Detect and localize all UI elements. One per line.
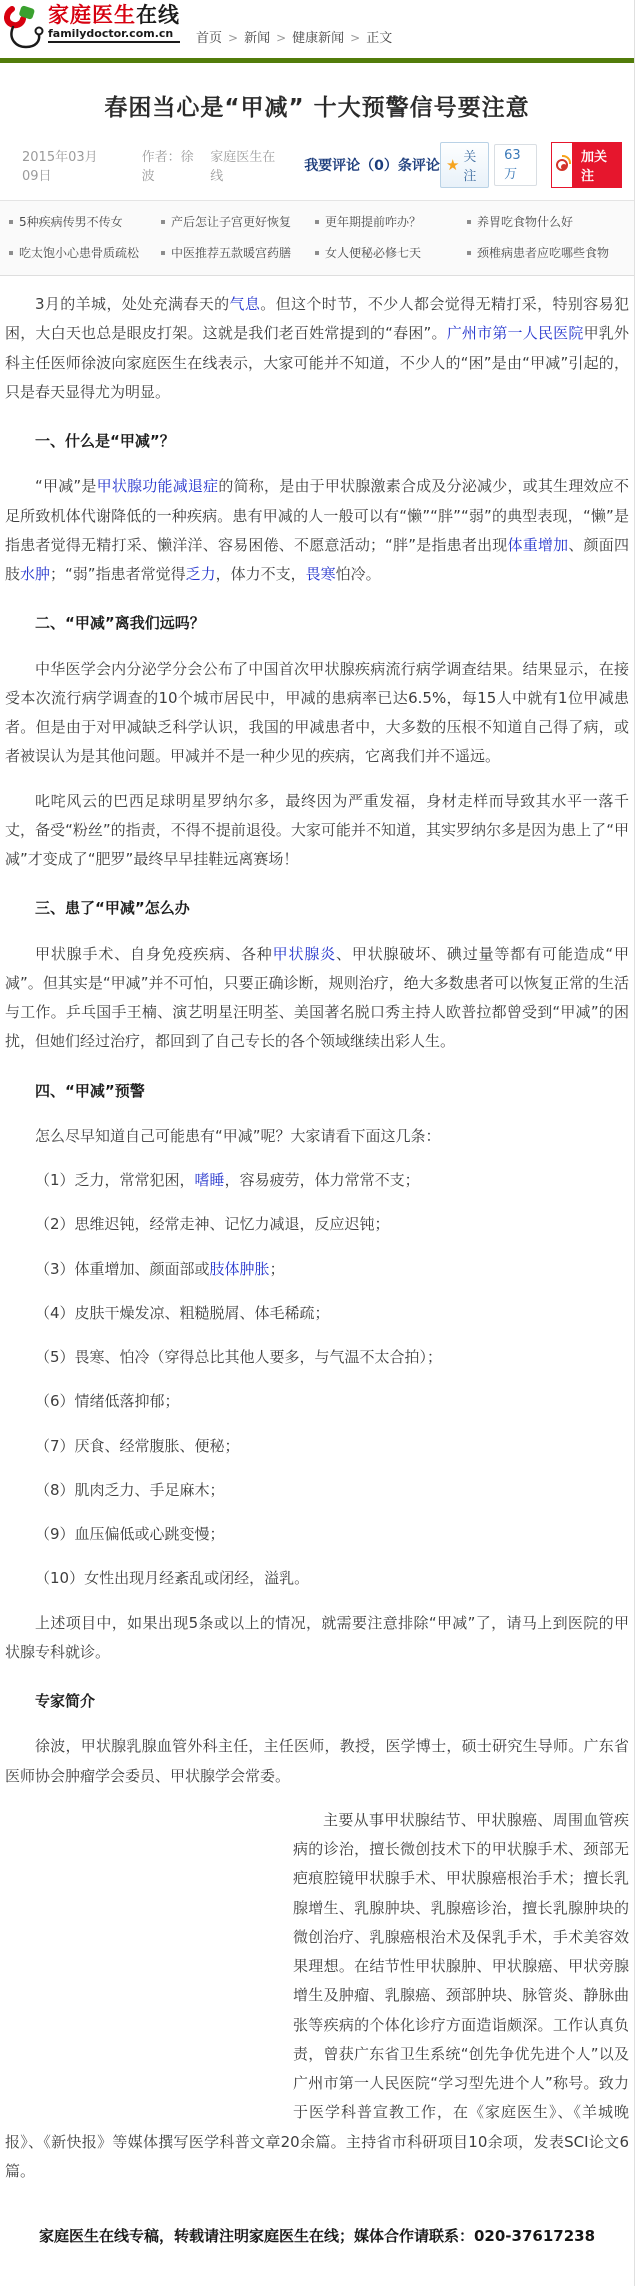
page: 家庭医生在线 familydoctor.com.cn 首页>新闻>健康新闻>正文… [0,0,635,2286]
follower-count-badge[interactable]: 63万 [494,144,537,186]
text-run: ；“弱”指患者常觉得 [50,565,186,583]
text-run: 叱咤风云的巴西足球明星罗纳尔多，最终因为严重发福，身材走样而导致其水平一落千丈，… [5,792,629,869]
bullet-icon [9,251,13,255]
section-heading: 三、患了“甲减”怎么办 [5,894,629,923]
article-body: 3月的羊城，处处充满春天的气息。但这个时节，不少人都会觉得无精打采，特别容易犯困… [0,276,634,2186]
inline-link[interactable]: 嗜睡 [195,1171,225,1189]
breadcrumb-item[interactable]: 正文 [366,31,392,46]
related-link-item[interactable]: 中医推荐五款暖宫药膳 [158,244,310,261]
brand-domain: familydoctor.com.cn [48,28,180,43]
inline-link[interactable]: 乏力 [186,565,216,583]
bullet-icon [161,251,165,255]
related-link-item[interactable]: 5种疾病传男不传女 [6,213,156,230]
related-link-item[interactable]: 吃太饱小心患骨质疏松 [6,244,156,261]
inline-link[interactable]: 肢体肿胀 [210,1260,270,1278]
text-run: 上述项目中，如果出现5条或以上的情况，就需要注意排除“甲减”了，请马上到医院的甲… [5,1614,629,1661]
inline-link[interactable]: 广州市第一人民医院 [447,324,584,342]
weibo-icon [551,142,572,188]
text-run: （3）体重增加、颜面部或 [35,1260,210,1278]
qq-follow-widget: ★ 关注 63万 [440,142,537,188]
bullet-icon [467,220,471,224]
inline-link[interactable]: 水肿 [20,565,50,583]
inline-link[interactable]: 甲状腺功能减退症 [97,477,219,495]
text-run: 3月的羊城，处处充满春天的 [35,295,229,313]
author-label: 作者：徐波 [142,146,199,184]
comment-link[interactable]: 我要评论（0）条评论 [304,155,440,175]
source-label: 家庭医生在线 [210,146,278,184]
inline-link[interactable]: 甲状腺炎 [273,945,336,963]
breadcrumb: 首页>新闻>健康新闻>正文 [196,27,392,51]
article-meta: 2015年03月09日 作者：徐波 家庭医生在线 我要评论（0）条评论 ★ 关注… [0,142,634,200]
text-run: 中华医学会内分泌学分会公布了中国首次甲状腺疾病流行病学调查结果。结果显示，在接受… [5,660,629,766]
paragraph: （4）皮肤干燥发凉、粗糙脱屑、体毛稀疏； [5,1299,629,1328]
text-run: “甲减”是 [35,477,97,495]
star-icon: ★ [446,158,459,173]
related-link-label: 5种疾病传男不传女 [19,213,123,230]
paragraph: 叱咤风云的巴西足球明星罗纳尔多，最终因为严重发福，身材走样而导致其水平一落千丈，… [5,787,629,875]
related-link-label: 颈椎病患者应吃哪些食物 [477,244,609,261]
text-run: （1）乏力，常常犯困， [35,1171,195,1189]
expert-photo-placeholder [5,1806,293,2114]
text-run: （6）情绪低落抑郁； [35,1392,180,1410]
paragraph: （8）肌肉乏力、手足麻木； [5,1476,629,1505]
text-run: 二、“甲减”离我们远吗？ [35,614,205,632]
related-link-label: 吃太饱小心患骨质疏松 [19,244,139,261]
related-link-item[interactable]: 产后怎让子宫更好恢复 [158,213,310,230]
section-heading: 四、“甲减”预警 [5,1077,629,1106]
paragraph: 甲状腺手术、自身免疫疾病、各种甲状腺炎、甲状腺破坏、碘过量等都有可能造成“甲减”… [5,940,629,1057]
text-run: ； [270,1260,285,1278]
bullet-icon [467,251,471,255]
paragraph: （10）女性出现月经紊乱或闭经，溢乳。 [5,1564,629,1593]
publish-date: 2015年03月09日 [22,146,114,184]
related-links-grid: 5种疾病传男不传女产后怎让子宫更好恢复更年期提前咋办？养胃吃食物什么好吃太饱小心… [6,213,628,261]
related-link-item[interactable]: 养胃吃食物什么好 [464,213,628,230]
text-run: （4）皮肤干燥发凉、粗糙脱屑、体毛稀疏； [35,1304,330,1322]
follow-button-label: 关注 [463,146,480,184]
breadcrumb-separator: > [276,31,286,45]
article-footer: 家庭医生在线专稿，转载请注明家庭医生在线；媒体合作请联系：020-3761723… [0,2201,634,2286]
text-run: 一、什么是“甲减”？ [35,432,175,450]
text-run: （10）女性出现月经紊乱或闭经，溢乳。 [35,1569,309,1587]
related-link-item[interactable]: 更年期提前咋办？ [312,213,462,230]
brand: 家庭医生在线 familydoctor.com.cn [48,5,180,43]
bullet-icon [161,220,165,224]
brand-name: 家庭医生 [48,3,136,27]
paragraph: 怎么尽早知道自己可能患有“甲减”呢？大家请看下面这几条： [5,1122,629,1151]
paragraph: （1）乏力，常常犯困，嗜睡，容易疲劳，体力常常不支； [5,1166,629,1195]
follow-button[interactable]: ★ 关注 [440,142,489,188]
text-run: 四、“甲减”预警 [35,1082,145,1100]
text-run: （8）肌肉乏力、手足麻木； [35,1481,225,1499]
related-link-label: 产后怎让子宫更好恢复 [171,213,291,230]
paragraph: “甲减”是甲状腺功能减退症的简称，是由于甲状腺激素合成及分泌减少，或其生理效应不… [5,472,629,589]
stethoscope-icon [4,5,46,51]
breadcrumb-item[interactable]: 健康新闻 [292,31,344,46]
inline-link[interactable]: 畏寒 [306,565,336,583]
brand-name-suffix: 在线 [136,3,180,27]
follow-widgets: ★ 关注 63万 加关注 [440,142,622,188]
text-run: 怎么尽早知道自己可能患有“甲减”呢？大家请看下面这几条： [35,1127,441,1145]
text-run: 徐波，甲状腺乳腺血管外科主任，主任医师，教授，医学博士，硕士研究生导师。广东省医… [5,1737,629,1784]
site-logo[interactable]: 家庭医生在线 familydoctor.com.cn [4,5,180,51]
related-link-item[interactable]: 女人便秘必修七天 [312,244,462,261]
paragraph: （6）情绪低落抑郁； [5,1387,629,1416]
paragraph: 上述项目中，如果出现5条或以上的情况，就需要注意排除“甲减”了，请马上到医院的甲… [5,1609,629,1668]
paragraph: （7）厌食、经常腹胀、便秘； [5,1432,629,1461]
text-run: 专家简介 [35,1692,95,1710]
text-run: 怕冷。 [336,565,381,583]
paragraph: 徐波，甲状腺乳腺血管外科主任，主任医师，教授，医学博士，硕士研究生导师。广东省医… [5,1732,629,1791]
section-heading: 二、“甲减”离我们远吗？ [5,609,629,638]
paragraph: （5）畏寒、怕冷（穿得总比其他人要多，与气温不太合拍）； [5,1343,629,1372]
text-run: ，体力不支， [216,565,306,583]
section-heading: 一、什么是“甲减”？ [5,427,629,456]
text-run: 三、患了“甲减”怎么办 [35,899,190,917]
paragraph: （2）思维迟钝，经常走神、记忆力减退，反应迟钝； [5,1210,629,1239]
paragraph: （3）体重增加、颜面部或肢体肿胀； [5,1255,629,1284]
breadcrumb-item[interactable]: 首页 [196,31,222,46]
section-heading: 专家简介 [5,1687,629,1716]
breadcrumb-separator: > [228,31,238,45]
text-run: （2）思维迟钝，经常走神、记忆力减退，反应迟钝； [35,1215,390,1233]
paragraph: （9）血压偏低或心跳变慢； [5,1520,629,1549]
related-link-label: 更年期提前咋办？ [325,213,421,230]
related-link-label: 女人便秘必修七天 [325,244,421,261]
article-title: 春困当心是“甲减” 十大预警信号要注意 [8,89,626,122]
related-link-label: 养胃吃食物什么好 [477,213,573,230]
text-run: 甲状腺手术、自身免疫疾病、各种 [35,945,273,963]
related-links-box: 5种疾病传男不传女产后怎让子宫更好恢复更年期提前咋办？养胃吃食物什么好吃太饱小心… [0,200,634,276]
bullet-icon [9,220,13,224]
paragraph: 中华医学会内分泌学分会公布了中国首次甲状腺疾病流行病学调查结果。结果显示，在接受… [5,655,629,772]
bullet-icon [315,220,319,224]
header-accent-bar [0,58,634,63]
related-link-label: 中医推荐五款暖宫药膳 [171,244,291,261]
breadcrumb-separator: > [350,31,360,45]
bullet-icon [315,251,319,255]
inline-link[interactable]: 气息 [229,295,260,313]
paragraph: 3月的羊城，处处充满春天的气息。但这个时节，不少人都会觉得无精打采，特别容易犯困… [5,290,629,407]
text-run: ，容易疲劳，体力常常不支； [225,1171,420,1189]
text-run: （7）厌食、经常腹胀、便秘； [35,1437,240,1455]
weibo-follow-button[interactable]: 加关注 [551,142,622,188]
text-run: （9）血压偏低或心跳变慢； [35,1525,225,1543]
related-link-item[interactable]: 颈椎病患者应吃哪些食物 [464,244,628,261]
text-run: （5）畏寒、怕冷（穿得总比其他人要多，与气温不太合拍）； [35,1348,442,1366]
weibo-follow-label: 加关注 [572,142,622,188]
inline-link[interactable]: 体重增加 [508,536,569,554]
site-header: 家庭医生在线 familydoctor.com.cn 首页>新闻>健康新闻>正文 [0,0,634,58]
breadcrumb-item[interactable]: 新闻 [244,31,270,46]
